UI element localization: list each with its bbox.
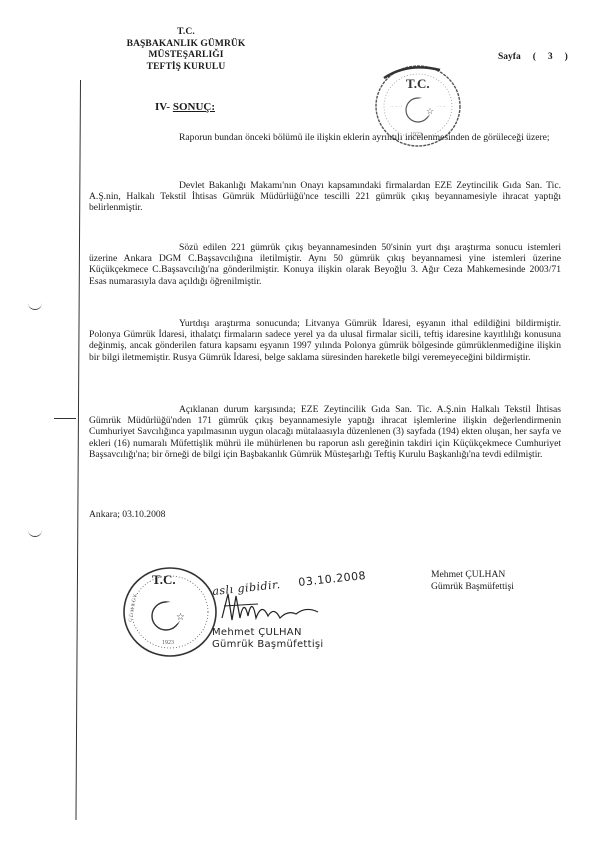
paragraph-4: Yurtdışı araştırma sonucunda; Litvanya G… xyxy=(89,318,561,363)
page-label: Sayfa xyxy=(498,52,521,62)
letterhead-line1: T.C. xyxy=(96,27,276,39)
svg-text:T.C.: T.C. xyxy=(152,572,176,587)
margin-rule xyxy=(75,80,81,820)
letterhead-line2: BAŞBAKANLIK GÜMRÜK MÜSTEŞARLIĞI xyxy=(96,39,276,62)
svg-text:☆: ☆ xyxy=(176,612,185,623)
paragraph-3: Sözü edilen 221 gümrük çıkış beyannamesi… xyxy=(89,242,561,287)
paragraph-2: Devlet Bakanlığı Makamı'nın Onayı kapsam… xyxy=(89,180,561,214)
section-title: SONUÇ: xyxy=(173,101,215,113)
svg-text:1923: 1923 xyxy=(162,640,174,646)
paragraph-1: Raporun bundan önceki bölümü ile ilişkin… xyxy=(89,132,561,143)
handwritten-date: 03.10.2008 xyxy=(298,569,367,589)
page-paren-close: ) xyxy=(565,52,568,62)
svg-text:·· ··: ·· ·· xyxy=(438,105,446,110)
place-date: Ankara; 03.10.2008 xyxy=(89,509,165,520)
punch-hole-mark-top xyxy=(28,301,42,310)
svg-text:G Ü M R Ü K: G Ü M R Ü K xyxy=(128,593,139,622)
svg-text:T.C.: T.C. xyxy=(406,76,430,91)
page-number: Sayfa(3) xyxy=(498,52,574,62)
letterhead: T.C. BAŞBAKANLIK GÜMRÜK MÜSTEŞARLIĞI TEF… xyxy=(96,27,276,73)
name-stamp: Mehmet ÇULHAN Gümrük Başmüfettişi xyxy=(212,627,324,651)
section-number: IV- xyxy=(155,101,170,113)
signer-title: Gümrük Başmüfettişi xyxy=(431,581,514,593)
page-number-value: 3 xyxy=(548,52,553,62)
official-seal-stamp-bottom: T.C. ☆ 1923 G Ü M R Ü K xyxy=(118,560,226,660)
signer-name: Mehmet ÇULHAN xyxy=(431,569,514,581)
paragraph-5: Açıklanan durum karşısında; EZE Zeytinci… xyxy=(89,404,561,460)
svg-text:·· ·· ··: ·· ·· ·· xyxy=(390,105,403,110)
signature-block: Mehmet ÇULHAN Gümrük Başmüfettişi xyxy=(431,569,514,593)
letterhead-line3: TEFTİŞ KURULU xyxy=(96,62,276,74)
section-heading: IV- SONUÇ: xyxy=(155,101,215,113)
svg-text:☆: ☆ xyxy=(426,106,434,116)
punch-hole-mark-bottom xyxy=(28,528,42,537)
margin-tick-mark xyxy=(54,418,76,419)
stamp-title: Gümrük Başmüfettişi xyxy=(212,639,324,651)
page-paren-open: ( xyxy=(533,52,536,62)
stamp-name: Mehmet ÇULHAN xyxy=(212,627,324,639)
